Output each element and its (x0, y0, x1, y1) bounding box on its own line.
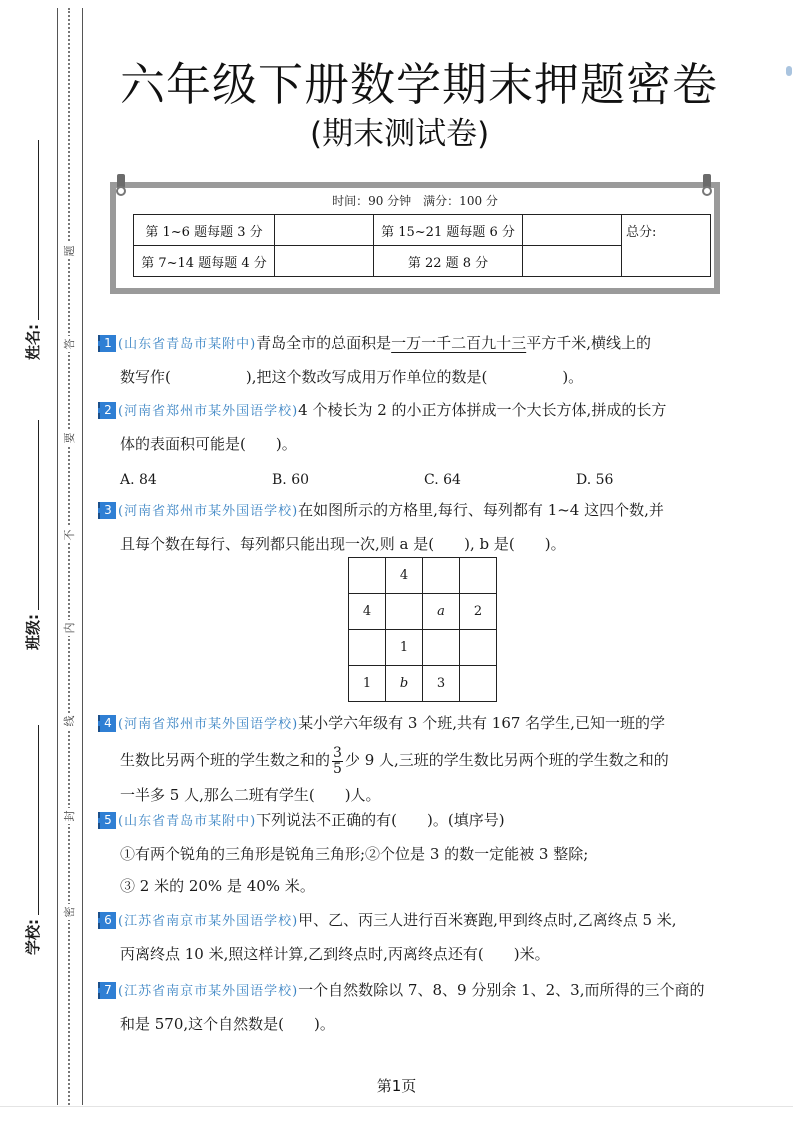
grid-cell: 1 (386, 630, 423, 666)
seal-char: 线 (61, 713, 77, 729)
question-source: (河南省郑州市某外国语学校) (118, 717, 298, 732)
answer-options: A. 84 B. 60 C. 64 D. 56 (98, 464, 758, 496)
option-a[interactable]: A. 84 (120, 464, 272, 496)
question-text: 平方千米,横线上的 (526, 334, 651, 352)
grid-cell: 1 (349, 666, 386, 702)
grid-cell: 3 (423, 666, 460, 702)
name-blank[interactable] (26, 140, 39, 320)
grid-row: 1 (349, 630, 497, 666)
seal-char: 密 (61, 904, 77, 920)
fraction: 35 (332, 746, 343, 777)
question-text: ③ 2 米的 20% 是 40% 米。 (98, 870, 758, 902)
question-4: 4(河南省郑州市某外国语学校)某小学六年级有 3 个班,共有 167 名学生,已… (98, 707, 758, 811)
page-bottom-divider (0, 1106, 793, 1107)
grid-cell (460, 558, 497, 594)
page-title: 六年级下册数学期末押题密卷 (120, 48, 718, 113)
option-c[interactable]: C. 64 (424, 464, 576, 496)
question-2: 2(河南省郑州市某外国语学校)4 个棱长为 2 的小正方体拼成一个大长方体,拼成… (98, 394, 758, 496)
grid-cell (423, 558, 460, 594)
question-text: 某小学六年级有 3 个班,共有 167 名学生,已知一班的学 (298, 714, 665, 732)
score-cell-label: 第 7~14 题每题 4 分 (134, 246, 275, 277)
score-row: 第 1~6 题每题 3 分 第 15~21 题每题 6 分 总分: (134, 215, 711, 246)
page-number: 第1页 (0, 1075, 793, 1096)
grid-cell: 4 (386, 558, 423, 594)
option-d[interactable]: D. 56 (576, 464, 728, 496)
question-number-badge: 1 (98, 335, 116, 352)
grid-cell (460, 630, 497, 666)
grid-cell (386, 594, 423, 630)
number-grid: 4 4 a 2 1 1 b 3 (348, 557, 497, 702)
question-source: (山东省青岛市某附中) (118, 814, 256, 829)
exam-time-score: 时间：90 分钟 满分：100 分 (116, 192, 714, 209)
question-5: 5(山东省青岛市某附中)下列说法不正确的有( )。(填序号) ①有两个锐角的三角… (98, 804, 758, 902)
question-text: 少 9 人,三班的学生数比另两个班的学生数之和的 (345, 751, 669, 769)
seal-char: 要 (61, 430, 77, 446)
edge-mark (786, 66, 792, 76)
grid-cell-variable-b: b (386, 666, 423, 702)
score-cell-blank[interactable] (523, 246, 622, 277)
grid-cell: 2 (460, 594, 497, 630)
question-text: 4 个棱长为 2 的小正方体拼成一个大长方体,拼成的长方 (298, 401, 666, 419)
question-number-badge: 6 (98, 912, 116, 929)
question-text: 一个自然数除以 7、8、9 分别余 1、2、3,而所得的三个商的 (298, 981, 704, 999)
grid-cell (423, 630, 460, 666)
question-source: (河南省郑州市某外国语学校) (118, 504, 298, 519)
margin-rule-right (82, 8, 83, 1105)
question-text: 数写作( ),把这个数改写成用万作单位的数是( )。 (98, 361, 758, 393)
score-cell-blank[interactable] (275, 246, 374, 277)
name-field[interactable]: 姓名: (22, 140, 43, 360)
total-score-cell[interactable]: 总分: (622, 215, 711, 277)
question-text: 丙离终点 10 米,照这样计算,乙到终点时,丙离终点还有( )米。 (98, 938, 758, 970)
question-text: 甲、乙、丙三人进行百米赛跑,甲到终点时,乙离终点 5 米, (298, 911, 676, 929)
seal-char: 答 (61, 336, 77, 352)
seal-char: 封 (61, 808, 77, 824)
score-table: 第 1~6 题每题 3 分 第 15~21 题每题 6 分 总分: 第 7~14… (133, 214, 711, 277)
question-source: (河南省郑州市某外国语学校) (118, 404, 298, 419)
grid-row: 1 b 3 (349, 666, 497, 702)
school-field[interactable]: 学校: (22, 725, 43, 955)
grid-row: 4 a 2 (349, 594, 497, 630)
score-cell-label: 第 22 题 8 分 (374, 246, 523, 277)
score-cell-blank[interactable] (523, 215, 622, 246)
question-number-badge: 3 (98, 502, 116, 519)
question-source: (江苏省南京市某外国语学校) (118, 984, 298, 999)
question-number-badge: 4 (98, 715, 116, 732)
score-cell-blank[interactable] (275, 215, 374, 246)
grid-cell-variable-a: a (423, 594, 460, 630)
question-7: 7(江苏省南京市某外国语学校)一个自然数除以 7、8、9 分别余 1、2、3,而… (98, 974, 758, 1040)
school-blank[interactable] (26, 725, 39, 915)
question-text: ①有两个锐角的三角形是锐角三角形;②个位是 3 的数一定能被 3 整除; (98, 838, 758, 870)
question-text: 青岛全市的总面积是 (256, 334, 391, 352)
question-text: 生数比另两个班的学生数之和的 (120, 751, 330, 769)
question-1: 1(山东省青岛市某附中)青岛全市的总面积是一万一千二百九十三平方千米,横线上的 … (98, 327, 758, 393)
question-3: 3(河南省郑州市某外国语学校)在如图所示的方格里,每行、每列都有 1~4 这四个… (98, 494, 758, 560)
question-number-badge: 7 (98, 982, 116, 999)
score-cell-label: 第 15~21 题每题 6 分 (374, 215, 523, 246)
grid-cell (460, 666, 497, 702)
binding-margin: 姓名: 班级: 学校: 题 答 要 不 内 线 封 密 (0, 0, 100, 1105)
class-field[interactable]: 班级: (22, 420, 43, 650)
grid-cell (349, 630, 386, 666)
school-label: 学校: (22, 919, 43, 955)
fraction-numerator: 3 (332, 746, 343, 762)
seal-dotted-line (68, 8, 70, 1105)
underlined-text: 一万一千二百九十三 (391, 334, 526, 352)
class-blank[interactable] (26, 420, 39, 610)
question-source: (山东省青岛市某附中) (118, 337, 256, 352)
question-text: 在如图所示的方格里,每行、每列都有 1~4 这四个数,并 (298, 501, 664, 519)
question-source: (江苏省南京市某外国语学校) (118, 914, 298, 929)
margin-rule-left (57, 8, 58, 1105)
score-cell-label: 第 1~6 题每题 3 分 (134, 215, 275, 246)
option-b[interactable]: B. 60 (272, 464, 424, 496)
page-subtitle: (期末测试卷) (310, 108, 489, 153)
question-6: 6(江苏省南京市某外国语学校)甲、乙、丙三人进行百米赛跑,甲到终点时,乙离终点 … (98, 904, 758, 970)
grid-cell (349, 558, 386, 594)
name-label: 姓名: (22, 324, 43, 360)
seal-char: 不 (61, 527, 77, 543)
seal-char: 题 (61, 243, 77, 259)
question-text: 下列说法不正确的有( )。(填序号) (256, 811, 504, 829)
question-text: 且每个数在每行、每列都只能出现一次,则 a 是( ), b 是( )。 (98, 528, 758, 560)
fraction-denominator: 5 (333, 762, 342, 777)
question-number-badge: 5 (98, 812, 116, 829)
question-text: 和是 570,这个自然数是( )。 (98, 1008, 758, 1040)
question-number-badge: 2 (98, 402, 116, 419)
seal-char: 内 (61, 620, 77, 636)
question-text: 体的表面积可能是( )。 (98, 428, 758, 460)
class-label: 班级: (22, 614, 43, 650)
grid-cell: 4 (349, 594, 386, 630)
score-board: 时间：90 分钟 满分：100 分 第 1~6 题每题 3 分 第 15~21 … (110, 182, 720, 294)
grid-row: 4 (349, 558, 497, 594)
